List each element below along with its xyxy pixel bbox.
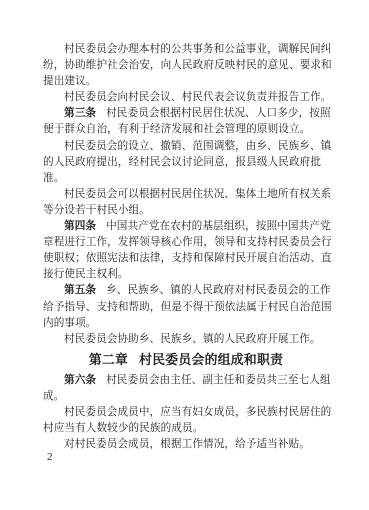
text-line: 使职权；依照宪法和法律，支持和保障村民开展自治活动、直 (43, 251, 329, 267)
text-line: 对村民委员会成员，根据工作情况，给予适当补贴。 (43, 437, 329, 453)
text-line: 村民委员会成员中，应当有妇女成员，多民族村民居住的 (43, 405, 329, 421)
article-number: 第三条 (64, 108, 96, 119)
text-line: 第五条乡、民族乡、镇的人民政府对村民委员会的工作 (43, 283, 329, 299)
text-block: 村民委员会办理本村的公共事务和公益事业，调解民间纠 纷，协助维护社会治安，向人民… (43, 42, 329, 453)
text-line: 提出建议。 (43, 74, 329, 90)
text-line: 第三条村民委员会根据村民居住状况、人口多少，按照 (43, 106, 329, 122)
text-line: 成。 (43, 389, 329, 405)
text-line: 准。 (43, 171, 329, 187)
text-line: 的人民政府提出，经村民会议讨论同意，报县级人民政府批 (43, 155, 329, 171)
text-line: 村应当有人数较少的民族的成员。 (43, 421, 329, 437)
article-number: 第六条 (64, 375, 96, 386)
text-line: 接行使民主权利。 (43, 267, 329, 283)
text-line: 章程进行工作，发挥领导核心作用，领导和支持村民委员会行 (43, 235, 329, 251)
text-line: 内的事项。 (43, 316, 329, 332)
document-page: 村民委员会办理本村的公共事务和公益事业，调解民间纠 纷，协助维护社会治安，向人民… (0, 0, 369, 510)
text-line: 第四条中国共产党在农村的基层组织，按照中国共产党 (43, 219, 329, 235)
text-line: 村民委员会办理本村的公共事务和公益事业，调解民间纠 (43, 42, 329, 58)
text-line: 便于群众自治，有利于经济发展和社会管理的原则设立。 (43, 122, 329, 138)
article-number: 第四条 (64, 221, 96, 232)
text-line: 村民委员会向村民会议、村民代表会议负责并报告工作。 (43, 90, 329, 106)
text-line: 第六条村民委员会由主任、副主任和委员共三至七人组 (43, 373, 329, 389)
text-line: 纷，协助维护社会治安，向人民政府反映村民的意见、要求和 (43, 58, 329, 74)
text-line: 村民委员会的设立、撤销、范围调整，由乡、民族乡、镇 (43, 139, 329, 155)
chapter-number: 第二章 (89, 353, 128, 367)
chapter-title: 村民委员会的组成和职责 (139, 353, 283, 367)
article-number: 第五条 (64, 285, 96, 296)
text-line: 等分设若干村民小组。 (43, 203, 329, 219)
text-line: 村民委员会协助乡、民族乡、镇的人民政府开展工作。 (43, 332, 329, 348)
text-line: 给予指导、支持和帮助，但是不得干预依法属于村民自治范围 (43, 300, 329, 316)
text-line: 村民委员会可以根据村民居住状况、集体土地所有权关系 (43, 187, 329, 203)
chapter-heading: 第二章村民委员会的组成和职责 (43, 348, 329, 373)
page-number: 2 (47, 450, 53, 464)
